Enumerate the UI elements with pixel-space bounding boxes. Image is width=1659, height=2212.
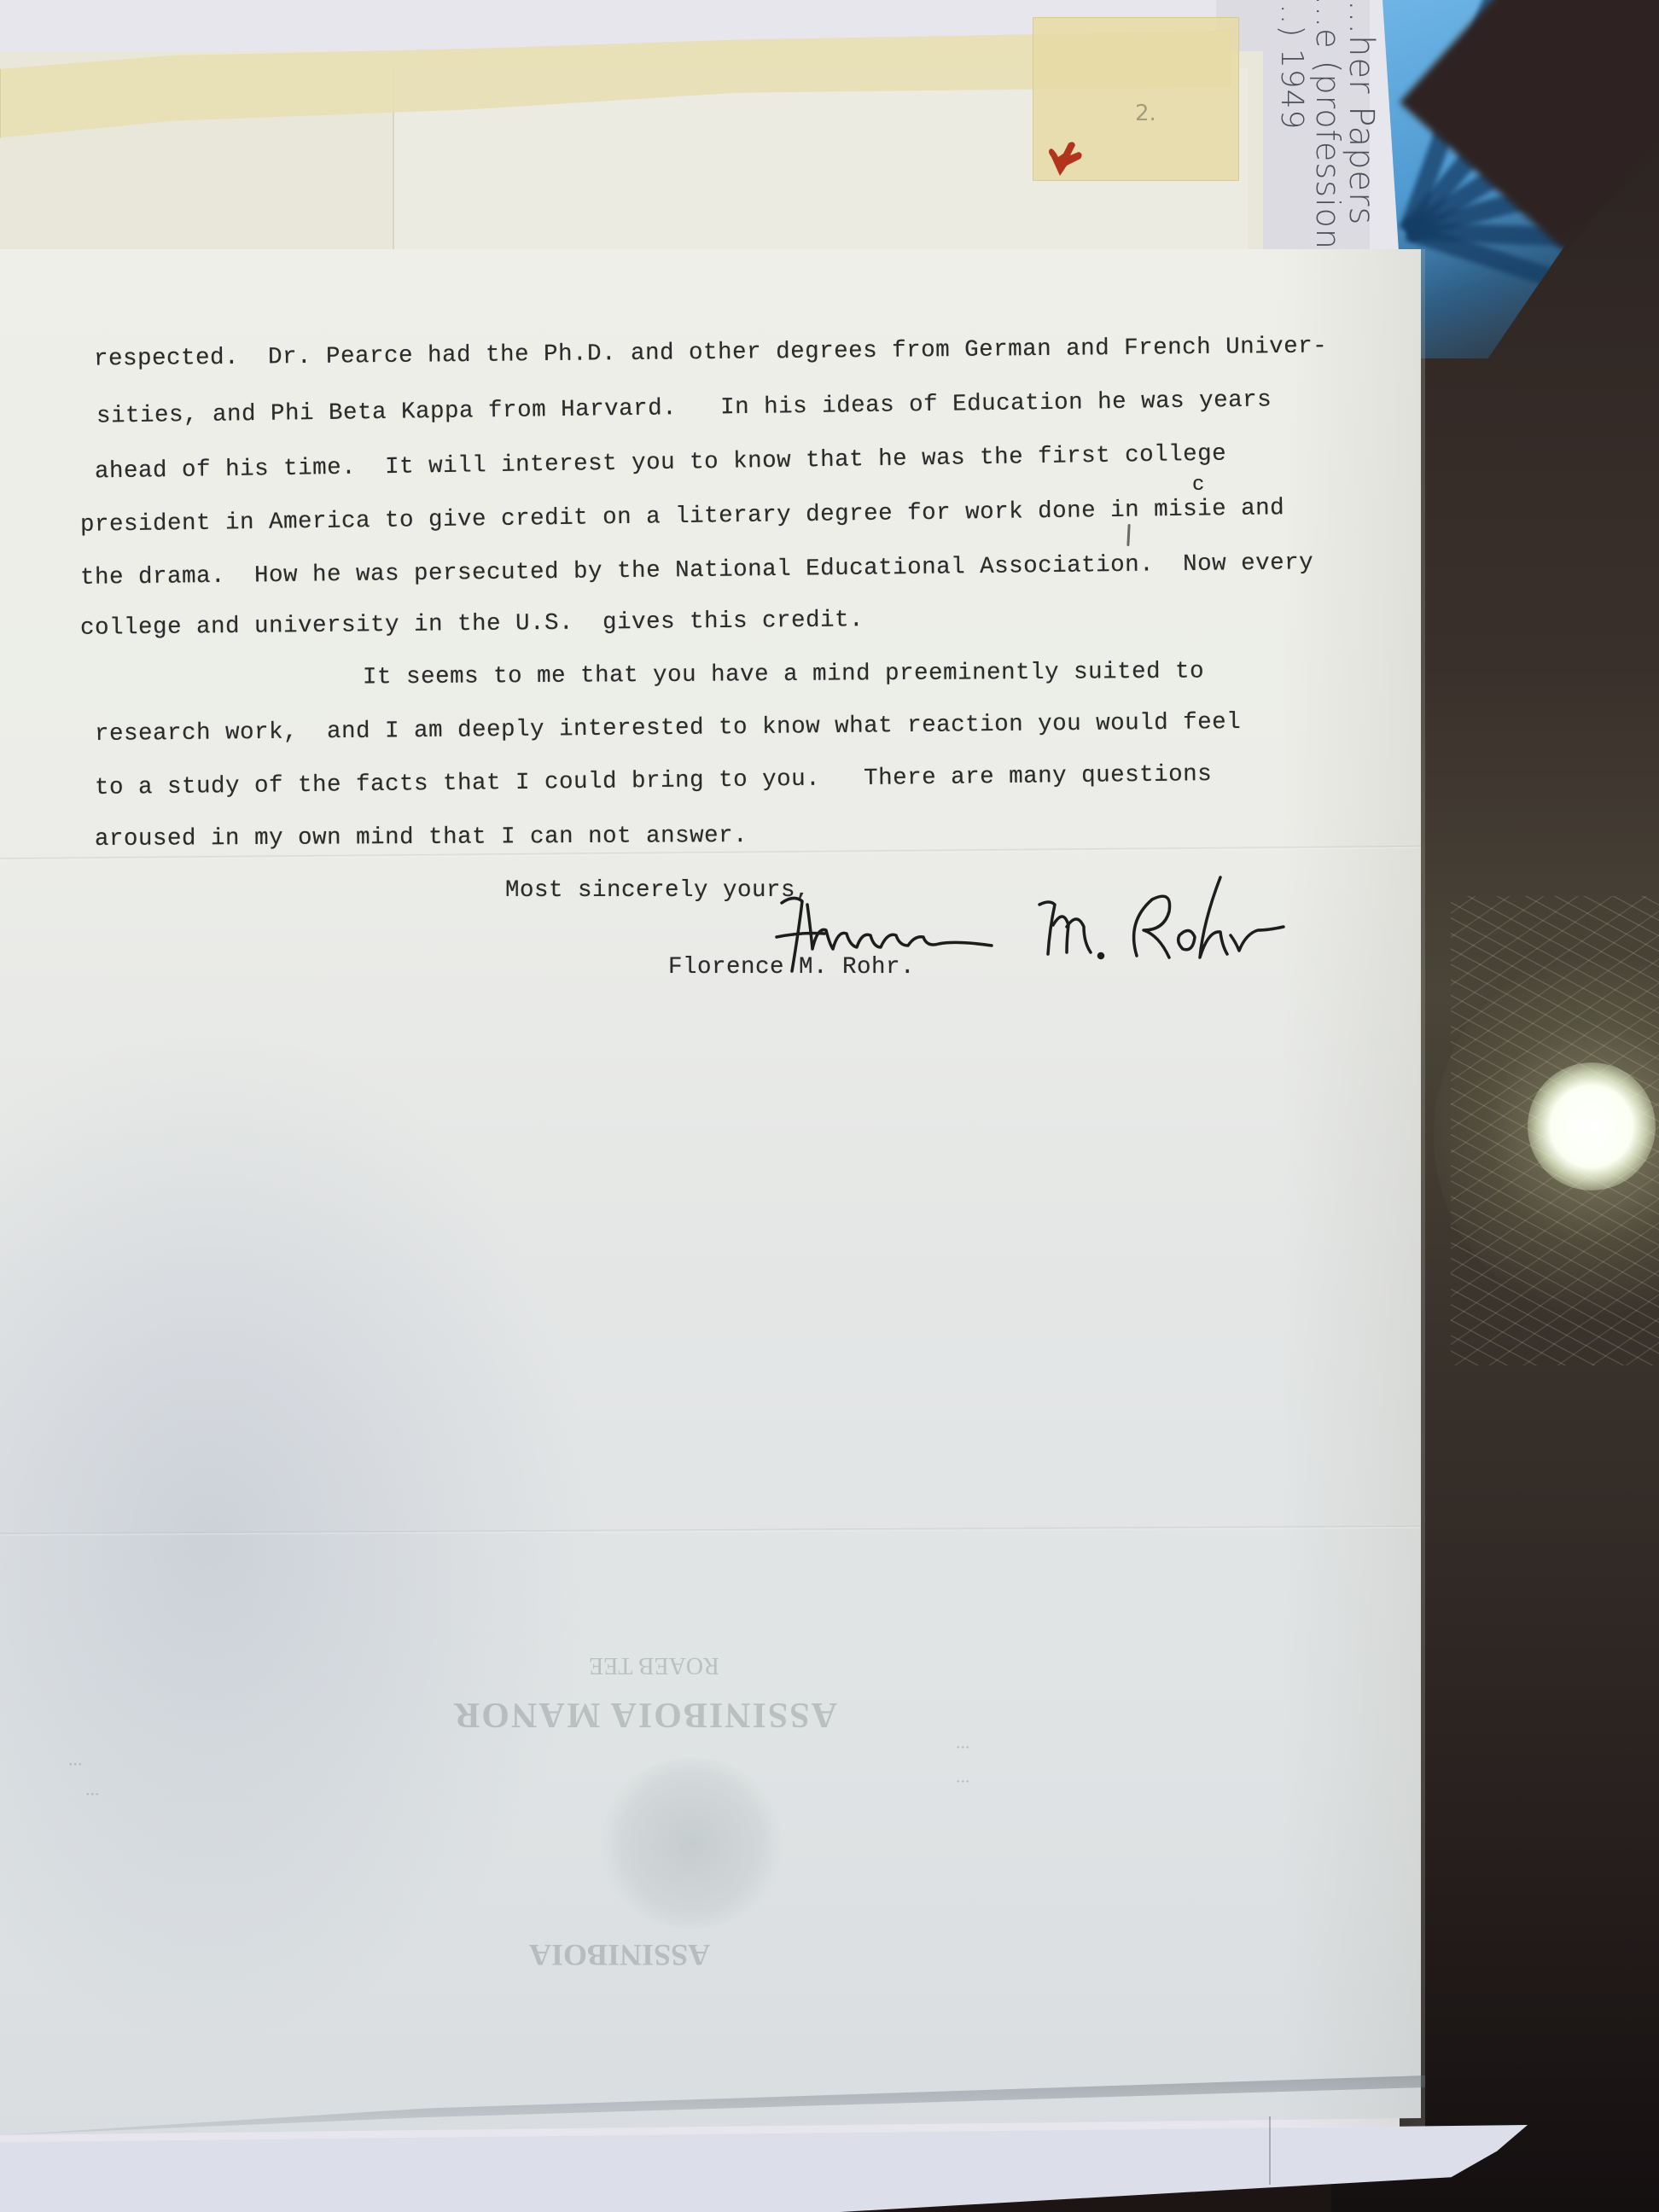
bleed-through-text: ASSINIBOIA MANOR [452,1694,837,1735]
typed-correction: c [1192,474,1205,497]
folder-handwritten-label: ...her Papers ...e (professional) ...) 1… [1246,0,1417,290]
label-line-1: ...her Papers [1342,0,1381,225]
bleed-through-text: ... [956,1775,970,1797]
sheet-shading [0,1024,597,2048]
folder-edge-line [1269,2116,1271,2185]
bleed-through-text: ROAEB TEE [589,1651,719,1679]
body-line: aroused in my own mind that I can not an… [95,823,748,853]
back-page-number: 2. [1135,101,1156,126]
red-mark-icon [1041,138,1084,176]
bleed-through-text: ASSINIBOIA [529,1937,710,1973]
bleed-through-text: ... [68,1758,83,1780]
bleed-through-seal [597,1758,785,1929]
sheet-shading [1280,249,1425,2127]
closing: Most sincerely yours, [505,877,810,904]
typed-signature-name: Florence M. Rohr. [668,954,915,981]
bleed-through-text: ... [85,1788,100,1810]
bleed-through-text: ... [956,1741,970,1763]
light-glare [1528,1062,1656,1190]
label-line-3: ...) 1949 [1274,0,1309,130]
